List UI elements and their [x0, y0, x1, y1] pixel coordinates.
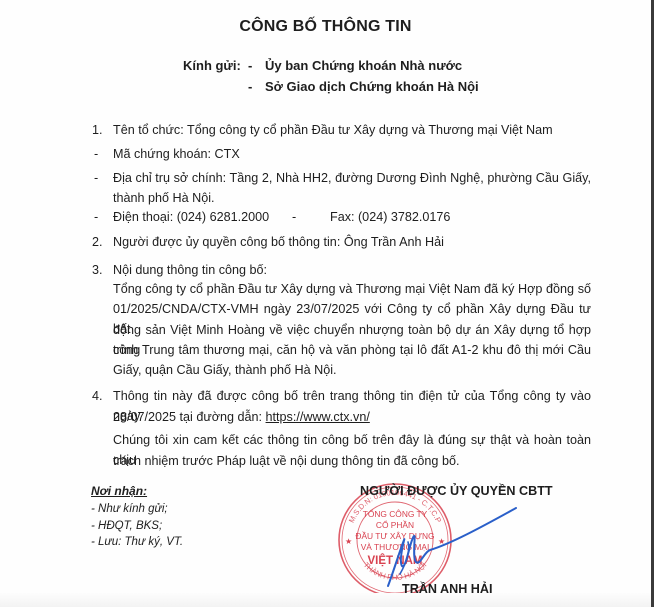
content-line: Giấy, quận Cầu Giấy, thành phố Hà Nội.	[113, 360, 337, 380]
document-title: CÔNG BỐ THÔNG TIN	[0, 18, 651, 36]
stock-code: Mã chứng khoán: CTX	[113, 144, 240, 164]
recipient-ssc: Ủy ban Chứng khoán Nhà nước	[265, 58, 462, 73]
item-number: 2.	[92, 232, 103, 252]
item-number: 4.	[92, 386, 103, 406]
recipient-dash: -	[248, 79, 252, 94]
commitment-line-2: trách nhiệm trước Pháp luật về nội dung …	[113, 451, 459, 471]
receivers-heading: Nơi nhận:	[91, 484, 147, 498]
recipient-hnx: Sở Giao dịch Chứng khoán Hà Nội	[265, 79, 479, 94]
website-link[interactable]: https://www.ctx.vn/	[266, 410, 370, 424]
item-number: 1.	[92, 120, 103, 140]
content-heading: Nội dung thông tin công bố:	[113, 260, 267, 280]
page-bottom-shade	[0, 593, 651, 607]
receiver-item: - HĐQT, BKS;	[91, 520, 162, 532]
recipients-label: Kính gửi:	[183, 58, 241, 73]
fax-number: Fax: (024) 3782.0176	[330, 207, 450, 227]
content-line: trình Trung tâm thương mại, căn hộ và vă…	[113, 340, 591, 360]
address-line-1: Địa chỉ trụ sở chính: Tầng 2, Nhà HH2, đ…	[113, 168, 591, 188]
bullet-dash: -	[94, 207, 98, 227]
item-number: 3.	[92, 260, 103, 280]
phone-number: Điện thoại: (024) 6281.2000	[113, 207, 269, 227]
recipient-dash: -	[248, 58, 252, 73]
organization-name: Tên tổ chức: Tổng công ty cổ phần Đầu tư…	[113, 120, 553, 140]
published-line-2: 28/07/2025 tại đường dẫn: https://www.ct…	[113, 407, 370, 427]
bullet-dash: -	[94, 168, 98, 188]
phone-fax-separator: -	[292, 207, 296, 227]
receiver-item: - Lưu: Thư ký, VT.	[91, 536, 183, 548]
document-page: CÔNG BỐ THÔNG TIN Kính gửi: - Ủy ban Chứ…	[0, 0, 651, 607]
content-line: Tổng công ty cổ phần Đầu tư Xây dựng và …	[113, 279, 591, 299]
signature-scribble-icon	[380, 500, 520, 590]
receiver-item: - Như kính gửi;	[91, 503, 168, 515]
bullet-dash: -	[94, 144, 98, 164]
published-date-text: 28/07/2025 tại đường dẫn:	[113, 410, 266, 424]
signature-title: NGƯỜI ĐƯỢC ỦY QUYỀN CBTT	[360, 484, 553, 498]
address-line-2: thành phố Hà Nội.	[113, 188, 215, 208]
authorized-person: Người được ủy quyền công bố thông tin: Ô…	[113, 232, 444, 252]
